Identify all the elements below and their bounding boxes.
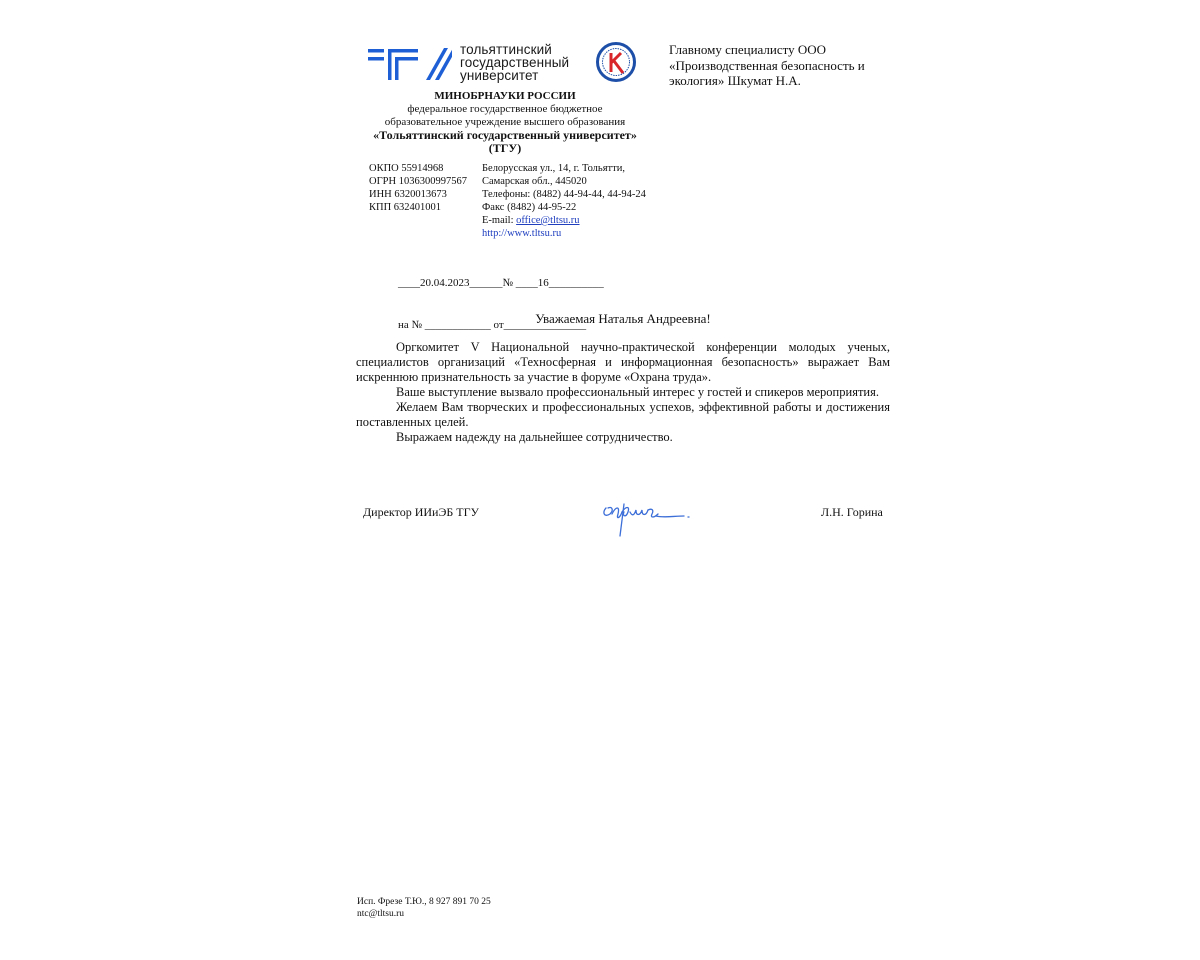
paragraph: Желаем Вам творческих и профессиональных… [356, 400, 890, 430]
ogrn: ОГРН 1036300997567 [369, 175, 467, 188]
fax: Факс (8482) 44-95-22 [482, 201, 646, 214]
letter-body: Оргкомитет V Национальной научно-практич… [356, 340, 890, 445]
requisites: ОКПО 55914968 ОГРН 1036300997567 ИНН 632… [369, 162, 467, 214]
phones: Телефоны: (8482) 44-94-44, 44-94-24 [482, 188, 646, 201]
logo-line-3: университет [460, 69, 569, 82]
paragraph: Выражаем надежду на дальнейшее сотруднич… [356, 430, 890, 445]
recipient-line-2: «Производственная безопасность и [669, 58, 899, 74]
email-label: E-mail: [482, 215, 516, 226]
email-link[interactable]: office@tltsu.ru [516, 215, 579, 226]
signer-name: Л.Н. Горина [821, 505, 883, 520]
executor-info: Исп. Фрезе Т.Ю., 8 927 891 70 25 [357, 896, 491, 908]
signer-position: Директор ИИиЭБ ТГУ [363, 505, 479, 520]
recipient-line-3: экология» Шкумат Н.А. [669, 73, 899, 89]
executor-footer: Исп. Фрезе Т.Ю., 8 927 891 70 25 ntc@tlt… [357, 896, 491, 920]
institution-abbr: (ТГУ) [366, 142, 644, 155]
institution-block: МИНОБРНАУКИ РОССИИ федеральное государст… [366, 90, 644, 155]
tgu-logo-mark-icon [368, 46, 452, 82]
website-link[interactable]: http://www.tltsu.ru [482, 227, 646, 240]
outgoing-number: ____20.04.2023______№ ____16__________ н… [398, 248, 604, 346]
recipient-line-1: Главному специалисту ООО [669, 42, 899, 58]
university-logo-text: тольяттинский государственный университе… [460, 43, 569, 82]
contacts: Белорусская ул., 14, г. Тольятти, Самарс… [482, 162, 646, 240]
paragraph: Ваше выступление вызвало профессиональны… [356, 385, 890, 400]
recipient-block: Главному специалисту ООО «Производственн… [669, 42, 899, 89]
address-line-1: Белорусская ул., 14, г. Тольятти, [482, 162, 646, 175]
kpp: КПП 632401001 [369, 201, 467, 214]
executor-email: ntc@tltsu.ru [357, 908, 491, 920]
greeting: Уважаемая Наталья Андреевна! [356, 311, 890, 327]
inn: ИНН 6320013673 [369, 188, 467, 201]
institution-type-1: федеральное государственное бюджетное [366, 103, 644, 116]
ministry-title: МИНОБРНАУКИ РОССИИ [366, 90, 644, 103]
email-row: E-mail: office@tltsu.ru [482, 214, 646, 227]
okpo: ОКПО 55914968 [369, 162, 467, 175]
handwritten-signature-icon [598, 496, 693, 541]
address-line-2: Самарская обл., 445020 [482, 175, 646, 188]
outgoing-date-number: ____20.04.2023______№ ____16__________ [398, 276, 604, 290]
university-seal-icon [596, 42, 636, 82]
paragraph: Оргкомитет V Национальной научно-практич… [356, 340, 890, 385]
